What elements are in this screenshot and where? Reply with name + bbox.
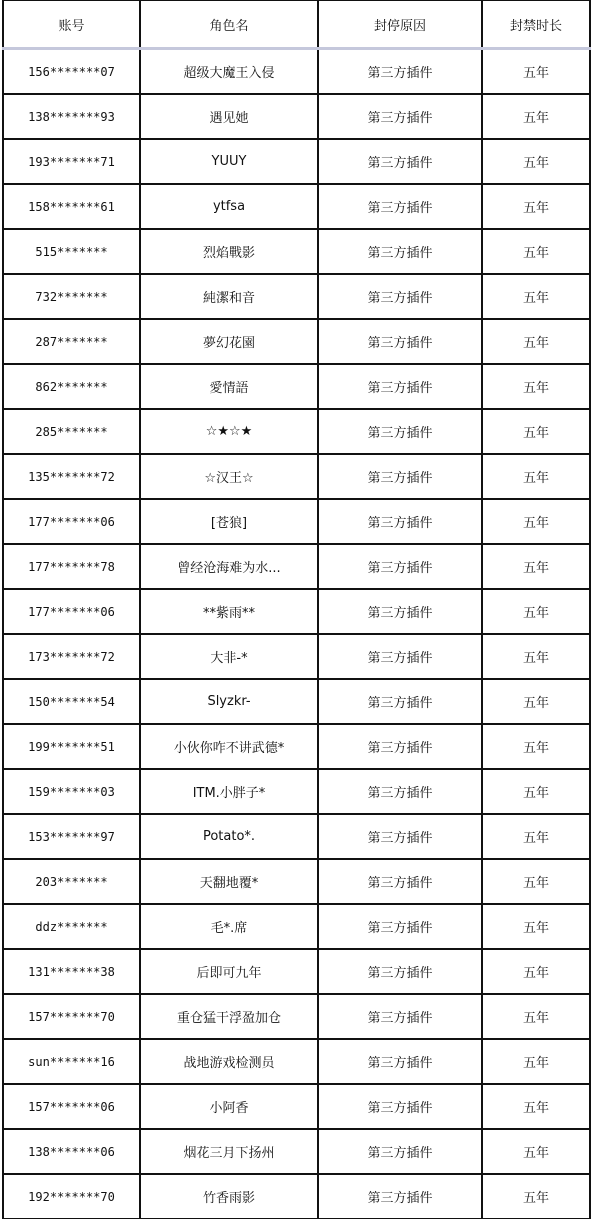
- account-cell: 199*******51: [3, 724, 140, 769]
- ban-duration-cell: 五年: [482, 454, 590, 499]
- role-name-cell: [苍狼]: [140, 499, 318, 544]
- ban-duration-cell: 五年: [482, 94, 590, 139]
- table-row: sun*******16战地游戏检测员第三方插件五年: [3, 1039, 590, 1084]
- ban-duration-cell: 五年: [482, 499, 590, 544]
- role-name-cell: 曾经沧海难为水...: [140, 544, 318, 589]
- account-cell: 203*******: [3, 859, 140, 904]
- account-cell: 862*******: [3, 364, 140, 409]
- account-cell: 193*******71: [3, 139, 140, 184]
- header-account: 账号: [3, 1, 140, 49]
- account-cell: 159*******03: [3, 769, 140, 814]
- role-name-cell: 夢幻花園: [140, 319, 318, 364]
- ban-reason-cell: 第三方插件: [318, 454, 482, 499]
- header-role-name: 角色名: [140, 1, 318, 49]
- ban-duration-cell: 五年: [482, 364, 590, 409]
- account-cell: 131*******38: [3, 949, 140, 994]
- account-cell: 135*******72: [3, 454, 140, 499]
- ban-reason-cell: 第三方插件: [318, 544, 482, 589]
- ban-reason-cell: 第三方插件: [318, 229, 482, 274]
- account-cell: 732*******: [3, 274, 140, 319]
- table-row: 285*******☆★☆★第三方插件五年: [3, 409, 590, 454]
- table-row: 515*******烈焰戰影第三方插件五年: [3, 229, 590, 274]
- ban-reason-cell: 第三方插件: [318, 274, 482, 319]
- role-name-cell: ytfsa: [140, 184, 318, 229]
- ban-reason-cell: 第三方插件: [318, 319, 482, 364]
- ban-duration-cell: 五年: [482, 814, 590, 859]
- account-cell: sun*******16: [3, 1039, 140, 1084]
- table-row: 193*******71YUUY第三方插件五年: [3, 139, 590, 184]
- account-cell: 287*******: [3, 319, 140, 364]
- ban-reason-cell: 第三方插件: [318, 859, 482, 904]
- role-name-cell: 天翻地覆*: [140, 859, 318, 904]
- account-cell: 158*******61: [3, 184, 140, 229]
- table-row: 862*******愛情語第三方插件五年: [3, 364, 590, 409]
- ban-reason-cell: 第三方插件: [318, 904, 482, 949]
- ban-duration-cell: 五年: [482, 49, 590, 95]
- table-row: 135*******72☆汉王☆第三方插件五年: [3, 454, 590, 499]
- header-ban-duration: 封禁时长: [482, 1, 590, 49]
- table-row: 177*******06**紫雨**第三方插件五年: [3, 589, 590, 634]
- account-cell: 157*******70: [3, 994, 140, 1039]
- role-name-cell: 战地游戏检测员: [140, 1039, 318, 1084]
- ban-duration-cell: 五年: [482, 229, 590, 274]
- table-row: 158*******61ytfsa第三方插件五年: [3, 184, 590, 229]
- account-cell: 192*******70: [3, 1174, 140, 1219]
- table-row: 192*******70竹香雨影第三方插件五年: [3, 1174, 590, 1219]
- ban-reason-cell: 第三方插件: [318, 94, 482, 139]
- ban-duration-cell: 五年: [482, 904, 590, 949]
- ban-reason-cell: 第三方插件: [318, 994, 482, 1039]
- ban-duration-cell: 五年: [482, 859, 590, 904]
- role-name-cell: 烟花三月下扬州: [140, 1129, 318, 1174]
- account-cell: 156*******07: [3, 49, 140, 95]
- ban-reason-cell: 第三方插件: [318, 634, 482, 679]
- role-name-cell: 竹香雨影: [140, 1174, 318, 1219]
- table-row: 157*******70重仓猛干浮盈加仓第三方插件五年: [3, 994, 590, 1039]
- table-row: 177*******06[苍狼]第三方插件五年: [3, 499, 590, 544]
- table-row: 177*******78曾经沧海难为水...第三方插件五年: [3, 544, 590, 589]
- role-name-cell: 小阿香: [140, 1084, 318, 1129]
- ban-duration-cell: 五年: [482, 1129, 590, 1174]
- ban-reason-cell: 第三方插件: [318, 769, 482, 814]
- ban-reason-cell: 第三方插件: [318, 364, 482, 409]
- account-cell: 177*******78: [3, 544, 140, 589]
- ban-reason-cell: 第三方插件: [318, 409, 482, 454]
- role-name-cell: Slyzkr-: [140, 679, 318, 724]
- ban-duration-cell: 五年: [482, 184, 590, 229]
- ban-duration-cell: 五年: [482, 544, 590, 589]
- ban-reason-cell: 第三方插件: [318, 1129, 482, 1174]
- ban-reason-cell: 第三方插件: [318, 949, 482, 994]
- table-row: 159*******03ITM.小胖子*第三方插件五年: [3, 769, 590, 814]
- ban-reason-cell: 第三方插件: [318, 724, 482, 769]
- table-row: ddz*******毛*.席第三方插件五年: [3, 904, 590, 949]
- account-cell: 285*******: [3, 409, 140, 454]
- ban-duration-cell: 五年: [482, 274, 590, 319]
- role-name-cell: 后即可九年: [140, 949, 318, 994]
- ban-duration-cell: 五年: [482, 409, 590, 454]
- table-row: 150*******54Slyzkr-第三方插件五年: [3, 679, 590, 724]
- role-name-cell: YUUY: [140, 139, 318, 184]
- ban-reason-cell: 第三方插件: [318, 589, 482, 634]
- account-cell: 138*******93: [3, 94, 140, 139]
- role-name-cell: **紫雨**: [140, 589, 318, 634]
- table-row: 173*******72大非-*第三方插件五年: [3, 634, 590, 679]
- ban-duration-cell: 五年: [482, 769, 590, 814]
- table-row: 138*******93遇见她第三方插件五年: [3, 94, 590, 139]
- table-row: 287*******夢幻花園第三方插件五年: [3, 319, 590, 364]
- table-row: 157*******06小阿香第三方插件五年: [3, 1084, 590, 1129]
- ban-duration-cell: 五年: [482, 994, 590, 1039]
- table-row: 138*******06烟花三月下扬州第三方插件五年: [3, 1129, 590, 1174]
- ban-duration-cell: 五年: [482, 1084, 590, 1129]
- table-row: 199*******51小伙你咋不讲武德*第三方插件五年: [3, 724, 590, 769]
- account-cell: 177*******06: [3, 499, 140, 544]
- role-name-cell: 遇见她: [140, 94, 318, 139]
- role-name-cell: ☆★☆★: [140, 409, 318, 454]
- table-header-row: 账号 角色名 封停原因 封禁时长: [3, 1, 590, 49]
- ban-duration-cell: 五年: [482, 139, 590, 184]
- ban-duration-cell: 五年: [482, 1174, 590, 1219]
- ban-duration-cell: 五年: [482, 724, 590, 769]
- role-name-cell: Potato*.: [140, 814, 318, 859]
- ban-reason-cell: 第三方插件: [318, 184, 482, 229]
- table-body: 156*******07超级大魔王入侵第三方插件五年138*******93遇见…: [3, 49, 590, 1219]
- role-name-cell: ITM.小胖子*: [140, 769, 318, 814]
- role-name-cell: 超级大魔王入侵: [140, 49, 318, 95]
- role-name-cell: 重仓猛干浮盈加仓: [140, 994, 318, 1039]
- ban-reason-cell: 第三方插件: [318, 499, 482, 544]
- table-row: 131*******38后即可九年第三方插件五年: [3, 949, 590, 994]
- ban-reason-cell: 第三方插件: [318, 1174, 482, 1219]
- ban-duration-cell: 五年: [482, 634, 590, 679]
- account-cell: 157*******06: [3, 1084, 140, 1129]
- account-cell: 515*******: [3, 229, 140, 274]
- role-name-cell: 愛情語: [140, 364, 318, 409]
- table-row: 156*******07超级大魔王入侵第三方插件五年: [3, 49, 590, 95]
- ban-reason-cell: 第三方插件: [318, 679, 482, 724]
- ban-reason-cell: 第三方插件: [318, 1039, 482, 1084]
- ban-duration-cell: 五年: [482, 319, 590, 364]
- account-cell: ddz*******: [3, 904, 140, 949]
- ban-list-table: 账号 角色名 封停原因 封禁时长 156*******07超级大魔王入侵第三方插…: [2, 0, 591, 1219]
- ban-duration-cell: 五年: [482, 1039, 590, 1084]
- table-row: 153*******97Potato*.第三方插件五年: [3, 814, 590, 859]
- role-name-cell: 大非-*: [140, 634, 318, 679]
- role-name-cell: 烈焰戰影: [140, 229, 318, 274]
- account-cell: 173*******72: [3, 634, 140, 679]
- ban-reason-cell: 第三方插件: [318, 1084, 482, 1129]
- ban-duration-cell: 五年: [482, 679, 590, 724]
- ban-reason-cell: 第三方插件: [318, 814, 482, 859]
- ban-reason-cell: 第三方插件: [318, 139, 482, 184]
- role-name-cell: 純潔和音: [140, 274, 318, 319]
- role-name-cell: 小伙你咋不讲武德*: [140, 724, 318, 769]
- table-row: 732*******純潔和音第三方插件五年: [3, 274, 590, 319]
- ban-duration-cell: 五年: [482, 589, 590, 634]
- header-ban-reason: 封停原因: [318, 1, 482, 49]
- ban-reason-cell: 第三方插件: [318, 49, 482, 95]
- role-name-cell: ☆汉王☆: [140, 454, 318, 499]
- role-name-cell: 毛*.席: [140, 904, 318, 949]
- ban-duration-cell: 五年: [482, 949, 590, 994]
- account-cell: 150*******54: [3, 679, 140, 724]
- account-cell: 138*******06: [3, 1129, 140, 1174]
- account-cell: 177*******06: [3, 589, 140, 634]
- account-cell: 153*******97: [3, 814, 140, 859]
- table-row: 203*******天翻地覆*第三方插件五年: [3, 859, 590, 904]
